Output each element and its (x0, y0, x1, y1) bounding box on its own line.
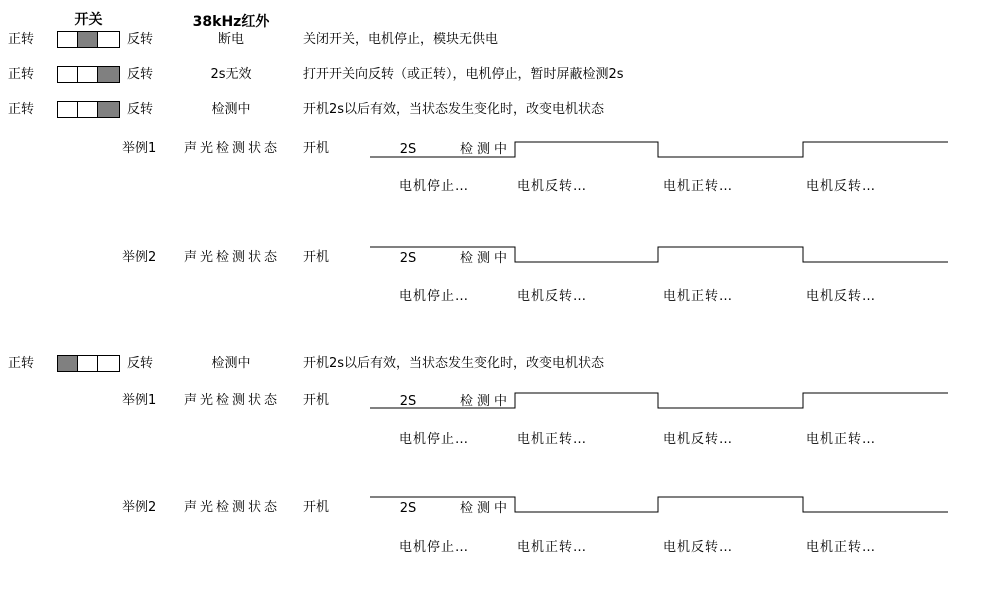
detect-status-label: 声光检测状态 (184, 250, 280, 265)
forward-label: 正转 (8, 66, 34, 83)
power-on-label: 开机 (303, 500, 329, 515)
motor-state-label: 电机停止… (399, 175, 469, 194)
example-label: 举例1 (122, 141, 156, 156)
ir-state-label: 2s无效 (191, 66, 271, 83)
timing-example: 举例2 声光检测状态 开机 2S 检测中 电机停止… 电机正转… 电机反转… 电… (0, 495, 986, 557)
reverse-label: 反转 (127, 31, 153, 48)
switch-cell-forward (58, 102, 78, 117)
power-on-label: 开机 (303, 250, 329, 265)
ir-state-label: 断电 (191, 31, 271, 48)
slide-switch-graphic (57, 101, 120, 118)
slide-switch-graphic (57, 31, 120, 48)
motor-state-label: 电机正转… (806, 536, 876, 555)
timing-waveform (369, 495, 949, 515)
reverse-label: 反转 (127, 355, 153, 372)
motor-state-label: 电机反转… (806, 175, 876, 194)
example-label: 举例2 (122, 250, 156, 265)
switch-cell-middle (78, 32, 98, 47)
timing-example: 举例1 声光检测状态 开机 2S 检测中 电机停止… 电机反转… 电机正转… 电… (0, 140, 986, 202)
ir-column-header: 38kHz红外 (191, 11, 271, 31)
switch-cell-middle (78, 356, 98, 371)
power-on-label: 开机 (303, 141, 329, 156)
motor-state-label: 电机反转… (517, 175, 587, 194)
example-label: 举例2 (122, 500, 156, 515)
timing-waveform (369, 391, 949, 411)
motor-state-label: 电机正转… (806, 428, 876, 447)
switch-cell-forward (58, 67, 78, 82)
switch-cell-reverse (98, 102, 119, 117)
switch-state-row: 正转 反转 断电 关闭开关，电机停止，模块无供电 (0, 31, 986, 49)
reverse-label: 反转 (127, 66, 153, 83)
detect-status-label: 声光检测状态 (184, 500, 280, 515)
switch-cell-reverse (98, 32, 119, 47)
ir-state-label: 检测中 (191, 101, 271, 118)
motor-switch-timing-diagram: 开关 38kHz红外 正转 反转 断电 关闭开关，电机停止，模块无供电 正转 反… (0, 0, 986, 593)
motor-state-label: 电机反转… (663, 536, 733, 555)
motor-state-label: 电机反转… (517, 285, 587, 304)
motor-state-label: 电机停止… (399, 285, 469, 304)
row-description: 打开开关向反转（或正转），电机停止，暂时屏蔽检测2s (303, 66, 624, 83)
switch-state-row: 正转 反转 2s无效 打开开关向反转（或正转），电机停止，暂时屏蔽检测2s (0, 66, 986, 84)
timing-example: 举例2 声光检测状态 开机 2S 检测中 电机停止… 电机反转… 电机正转… 电… (0, 245, 986, 307)
timing-example: 举例1 声光检测状态 开机 2S 检测中 电机停止… 电机正转… 电机反转… 电… (0, 391, 986, 453)
switch-cell-forward (58, 32, 78, 47)
switch-cell-forward (58, 356, 78, 371)
forward-label: 正转 (8, 355, 34, 372)
switch-cell-middle (78, 102, 98, 117)
switch-cell-reverse (98, 356, 119, 371)
motor-state-label: 电机正转… (517, 428, 587, 447)
row-description: 开机2s以后有效，当状态发生变化时，改变电机状态 (303, 355, 604, 372)
row-description: 开机2s以后有效，当状态发生变化时，改变电机状态 (303, 101, 604, 118)
example-label: 举例1 (122, 393, 156, 408)
motor-state-label: 电机正转… (663, 175, 733, 194)
motor-state-label: 电机反转… (806, 285, 876, 304)
detect-status-label: 声光检测状态 (184, 393, 280, 408)
motor-state-label: 电机正转… (663, 285, 733, 304)
switch-cell-middle (78, 67, 98, 82)
switch-state-row: 正转 反转 检测中 开机2s以后有效，当状态发生变化时，改变电机状态 (0, 101, 986, 119)
forward-label: 正转 (8, 101, 34, 118)
motor-state-label: 电机停止… (399, 428, 469, 447)
slide-switch-graphic (57, 66, 120, 83)
switch-cell-reverse (98, 67, 119, 82)
forward-label: 正转 (8, 31, 34, 48)
detect-status-label: 声光检测状态 (184, 141, 280, 156)
timing-waveform (369, 140, 949, 160)
power-on-label: 开机 (303, 393, 329, 408)
motor-state-label: 电机正转… (517, 536, 587, 555)
switch-column-header: 开关 (57, 9, 120, 29)
motor-state-label: 电机停止… (399, 536, 469, 555)
row-description: 关闭开关，电机停止，模块无供电 (303, 31, 498, 48)
slide-switch-graphic (57, 355, 120, 372)
timing-waveform (369, 245, 949, 265)
ir-state-label: 检测中 (191, 355, 271, 372)
switch-state-row: 正转 反转 检测中 开机2s以后有效，当状态发生变化时，改变电机状态 (0, 355, 986, 373)
motor-state-label: 电机反转… (663, 428, 733, 447)
reverse-label: 反转 (127, 101, 153, 118)
